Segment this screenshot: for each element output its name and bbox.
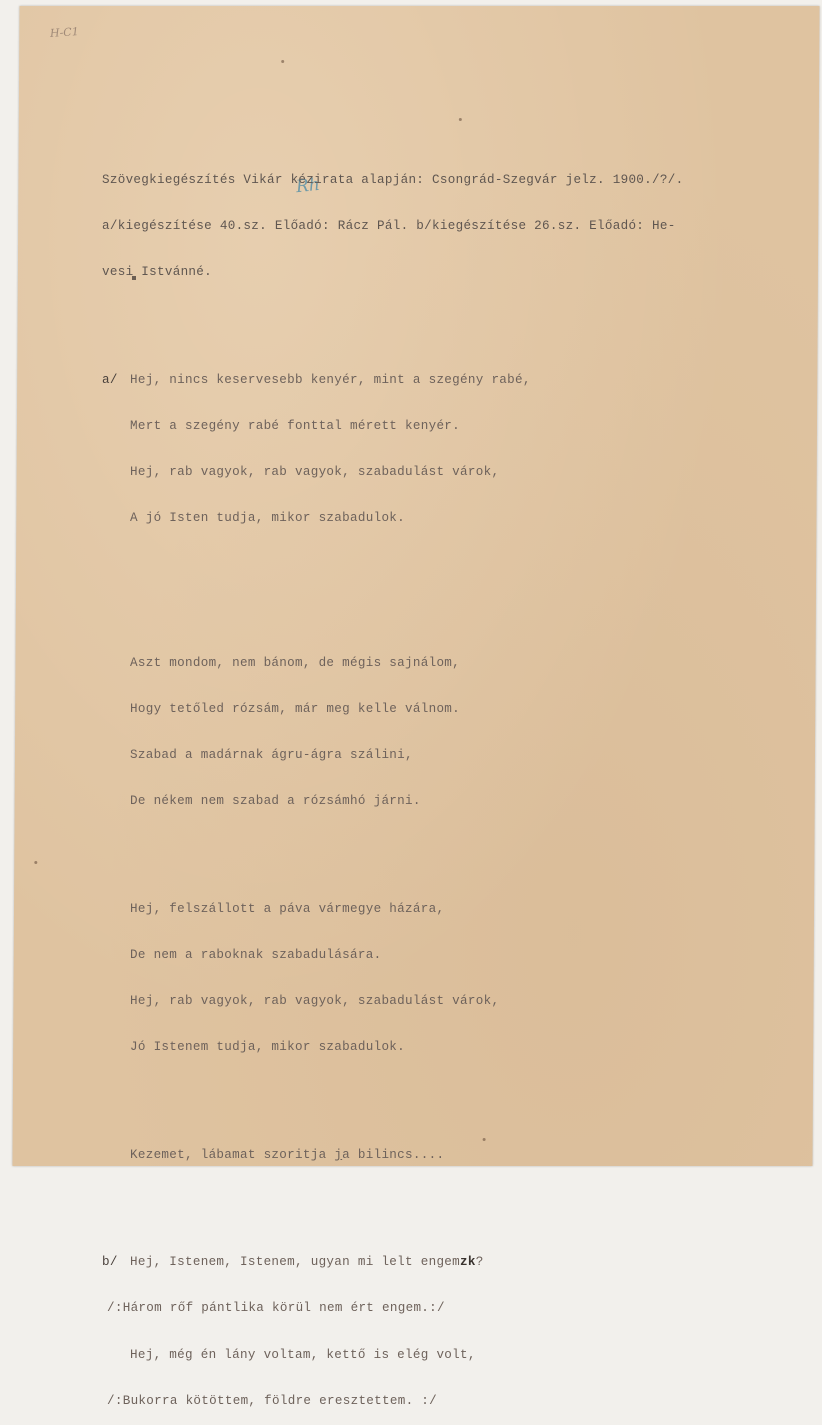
verse-line: A jó Isten tudja, mikor szabadulok. xyxy=(102,511,802,526)
header-line-2: a/kiegészítése 40.sz. Előadó: Rácz Pál. … xyxy=(102,219,802,234)
verse-line: Aszt mondom, nem bánom, de mégis sajnálo… xyxy=(102,656,802,671)
typescript-body: Szövegkiegészítés Vikár kézirata alapján… xyxy=(102,142,802,1170)
verse-line: Mert a szegény rabé fonttal mérett kenyé… xyxy=(102,419,802,434)
verse-line: De nem a raboknak szabadulására. xyxy=(102,948,802,963)
verse-line: Jó Istenem tudja, mikor szabadulok. xyxy=(102,1040,802,1055)
header-line-3: vesi Istvánné. xyxy=(102,265,802,280)
verse-line: Hej, felszállott a páva vármegye házára, xyxy=(102,902,802,917)
verse-line: Szabad a madárnak ágru-ágra szálini, xyxy=(102,748,802,763)
header-line-1: Szövegkiegészítés Vikár kézirata alapján… xyxy=(102,173,802,188)
verse-line: Hej, rab vagyok, rab vagyok, szabadulást… xyxy=(102,465,802,480)
verse-line: a/Hej, nincs keservesebb kenyér, mint a … xyxy=(102,373,802,388)
archive-reference-note: H-C1 xyxy=(50,25,80,40)
verse-line: Hogy tetőled rózsám, már meg kelle válno… xyxy=(102,702,802,717)
verse-line: De nékem nem szabad a rózsámhó járni. xyxy=(102,794,802,809)
ink-speck xyxy=(34,861,37,864)
section-a-label: a/ xyxy=(102,373,130,388)
underlined-correction: j xyxy=(334,1148,342,1162)
ink-speck xyxy=(281,60,284,63)
closing-line: Kezemet, lábamat szoritja ja bilincs.... xyxy=(102,1148,802,1163)
ink-speck xyxy=(459,118,462,121)
verse-line: Hej, rab vagyok, rab vagyok, szabadulást… xyxy=(102,994,802,1009)
